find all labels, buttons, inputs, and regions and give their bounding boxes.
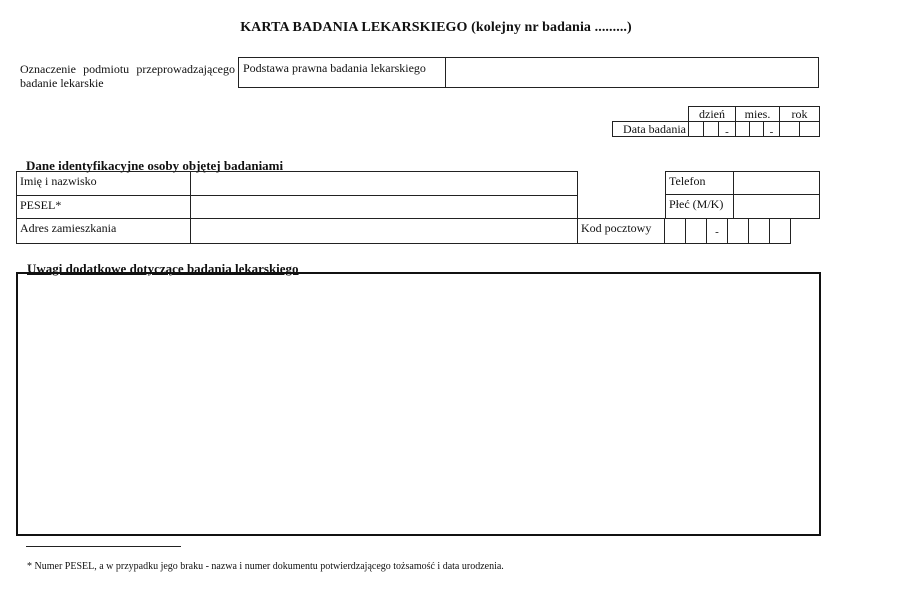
date-year-digit-1[interactable] — [779, 121, 800, 137]
postal-code-label: Kod pocztowy — [577, 218, 665, 244]
address-field[interactable] — [190, 218, 578, 244]
date-year-digit-2[interactable] — [799, 121, 820, 137]
name-label: Imię i nazwisko — [16, 171, 191, 196]
dash-text: - — [764, 126, 779, 138]
postal-digit-3[interactable] — [727, 218, 749, 244]
name-field[interactable] — [190, 171, 578, 196]
postal-digit-5[interactable] — [769, 218, 791, 244]
date-day-digit-2[interactable] — [703, 121, 719, 137]
date-separator-2: - — [763, 121, 780, 137]
pesel-label: PESEL* — [16, 195, 191, 219]
date-year-header: rok — [779, 106, 820, 122]
footnote: * Numer PESEL, a w przypadku jego braku … — [27, 561, 504, 572]
postal-digit-2[interactable] — [685, 218, 707, 244]
exam-date-label: Data badania — [612, 121, 689, 137]
entity-designation-label: Oznaczenie podmiotu przeprowadzającego b… — [20, 62, 235, 90]
pesel-field[interactable] — [190, 195, 578, 219]
legal-basis-field[interactable] — [446, 58, 818, 87]
legal-basis-label: Podstawa prawna badania lekarskiego — [243, 61, 426, 75]
document-title: KARTA BADANIA LEKARSKIEGO (kolejny nr ba… — [0, 20, 872, 36]
footnote-divider — [26, 546, 181, 547]
postal-separator: - — [706, 218, 728, 244]
phone-label: Telefon — [665, 171, 734, 195]
date-month-header: mies. — [735, 106, 780, 122]
date-month-digit-2[interactable] — [749, 121, 764, 137]
dash-text: - — [719, 126, 735, 138]
postal-digit-1[interactable] — [664, 218, 686, 244]
address-label: Adres zamieszkania — [16, 218, 191, 244]
sex-field[interactable] — [733, 194, 820, 219]
date-separator-1: - — [718, 121, 736, 137]
legal-basis-box: Podstawa prawna badania lekarskiego — [238, 57, 819, 88]
remarks-field[interactable] — [16, 272, 821, 536]
date-day-digit-1[interactable] — [688, 121, 704, 137]
phone-field[interactable] — [733, 171, 820, 195]
sex-label: Płeć (M/K) — [665, 194, 734, 219]
date-day-header: dzień — [688, 106, 736, 122]
dash-text: - — [707, 226, 727, 238]
date-month-digit-1[interactable] — [735, 121, 750, 137]
postal-digit-4[interactable] — [748, 218, 770, 244]
